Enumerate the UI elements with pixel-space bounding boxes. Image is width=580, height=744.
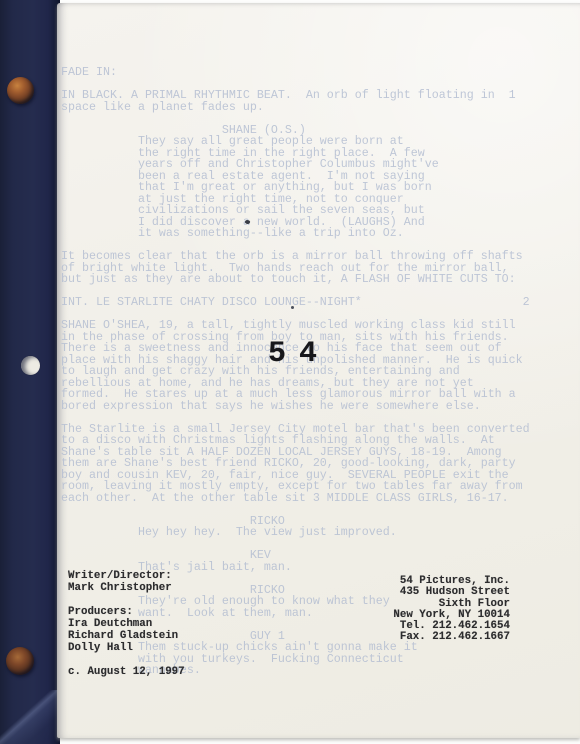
binder-corner-fold — [0, 690, 60, 744]
punched-hole-middle — [21, 356, 40, 375]
script-title: 54 — [268, 337, 330, 371]
credits-block: Writer/Director: Mark Christopher Produc… — [68, 570, 185, 678]
script-cover-photo: FADE IN: IN BLACK. A PRIMAL RHYTHMIC BEA… — [0, 0, 580, 744]
brass-brad-bottom — [6, 647, 34, 675]
script-binder-spine — [0, 0, 60, 744]
company-address-block: 54 Pictures, Inc. 435 Hudson Street Sixt… — [393, 576, 510, 644]
brass-brad-top — [7, 77, 34, 104]
ink-speck — [291, 306, 294, 309]
title-page: FADE IN: IN BLACK. A PRIMAL RHYTHMIC BEA… — [57, 3, 580, 738]
